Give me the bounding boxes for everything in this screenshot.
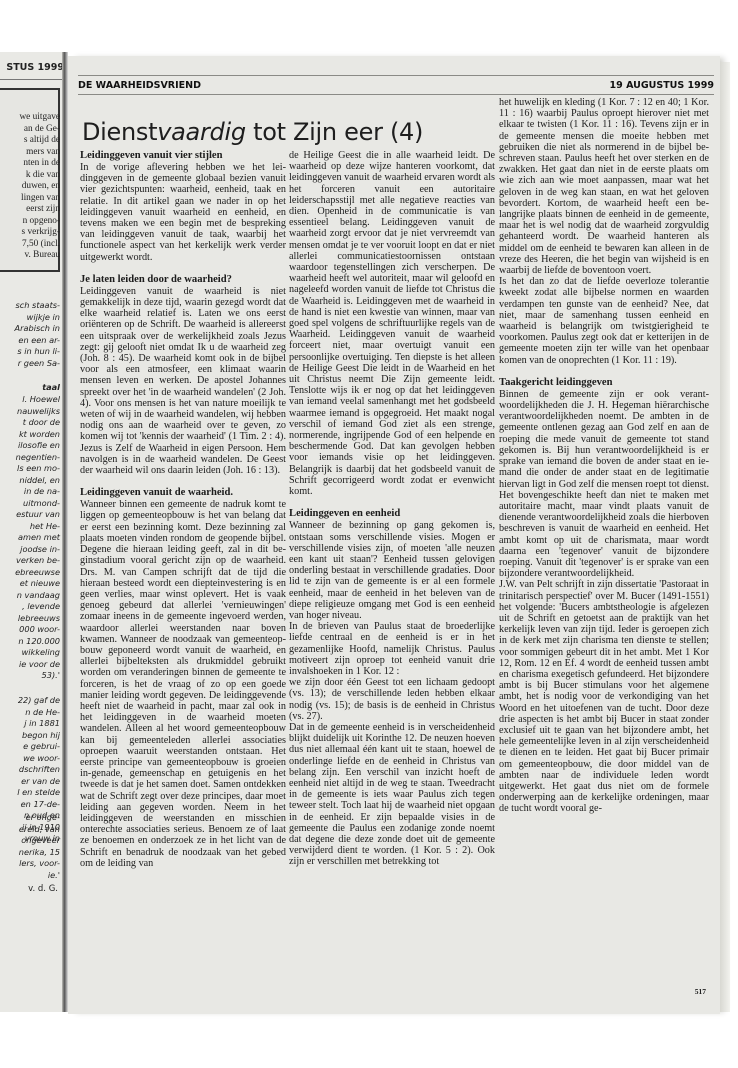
box-text-line: we uitgave <box>0 112 60 124</box>
italic-text-line: n vandaag <box>0 590 60 602</box>
italic-text-line: ilosofie en <box>0 440 60 452</box>
paragraph: Binnen de gemeente zijn er ook verant­wo… <box>499 389 709 579</box>
paragraph: Wanneer de bezinning op gang gekomen is,… <box>289 520 495 621</box>
italic-text-line: dschriften <box>0 764 60 776</box>
italic-text-line: 000 woor- <box>0 624 60 636</box>
italic-text-line: joodse in- <box>0 544 60 556</box>
signature: v. d. G. <box>28 884 58 894</box>
italic-text-line: we woor- <box>0 753 60 765</box>
italic-text-line: ereld, van <box>0 824 60 836</box>
article-column-1: Leidinggeven vanuit vier stijlenIn de vo… <box>80 150 286 869</box>
italic-text-line: sch staats- <box>0 300 60 312</box>
italic-text-line: in de na- <box>0 486 60 498</box>
italic-text-line: et nieuwe <box>0 578 60 590</box>
page-edge <box>720 62 730 1012</box>
left-italic-text-1: sch staats-wijkje inArabisch inen een ar… <box>0 300 60 369</box>
paragraph-gap <box>80 263 286 274</box>
italic-text-line: ongeveer <box>0 835 60 847</box>
italic-text-line: Arabisch in <box>0 323 60 335</box>
paragraph: In de vorige aflevering hebben we het le… <box>80 162 286 263</box>
box-text-line: k die van <box>0 170 60 182</box>
box-text-line: 7,50 (incl. <box>0 239 60 251</box>
left-page-fragment: STUS 1999 we uitgavean de Ge-s altijd de… <box>0 52 64 1012</box>
paragraph: Dat in de gemeente eenheid is in versche… <box>289 722 495 868</box>
italic-text-line: ie.' <box>0 870 60 882</box>
italic-text-line: begon hij <box>0 730 60 742</box>
italic-text-line: n de He- <box>0 707 60 719</box>
left-page-running-header: STUS 1999 <box>0 62 64 73</box>
paragraph: het huwelijk en kleding (1 Kor. 7 : 12 e… <box>499 97 709 276</box>
box-text-line: duwen, en <box>0 181 60 193</box>
paragraph: J.W. van Pelt schrijft in zijn dissertat… <box>499 579 709 814</box>
italic-text-line: estuur van <box>0 509 60 521</box>
box-text-line: eerst zijn <box>0 204 60 216</box>
italic-text-line: e gebrui- <box>0 741 60 753</box>
italic-text-line: nauwelijks <box>0 406 60 418</box>
italic-text-line: er van de <box>0 776 60 788</box>
left-italic-text-4: er onge-ereld, vanongeveernerika, 15lers… <box>0 812 60 881</box>
box-text-line: an de Ge- <box>0 124 60 136</box>
section-heading: Taakgericht leidinggeven <box>499 377 709 389</box>
publication-name: DE WAARHEIDSVRIEND <box>78 80 201 91</box>
paragraph-gap <box>289 497 495 508</box>
italic-text-line: t door de <box>0 417 60 429</box>
italic-text-line: ie voor de <box>0 659 60 671</box>
italic-text-line: ebreeuwse <box>0 567 60 579</box>
italic-text-line: r geen Sa- <box>0 358 60 370</box>
italic-text-line: 22) gaf de <box>0 695 60 707</box>
left-italic-heading: taal <box>0 382 60 394</box>
box-text-line: mers van <box>0 147 60 159</box>
paragraph: Is het dan zo dat de liefde oeverloze to… <box>499 276 709 366</box>
paragraph: Wanneer binnen een gemeente de nadruk ko… <box>80 499 286 869</box>
italic-text-line: negentien- <box>0 452 60 464</box>
italic-text-line: en een ar- <box>0 335 60 347</box>
issue-date: 19 AUGUSTUS 1999 <box>610 80 714 91</box>
italic-text-line: s in hun li- <box>0 346 60 358</box>
italic-text-line: uitmond- <box>0 498 60 510</box>
italic-text-line: nerika, 15 <box>0 847 60 859</box>
paragraph: Leidinggeven vanuit de waarheid is niet … <box>80 286 286 476</box>
magazine-page: DE WAARHEIDSVRIEND 19 AUGUSTUS 1999 Dien… <box>68 56 720 1014</box>
box-text-line: v. Bureau <box>0 250 60 262</box>
left-italic-text-2: l. Hoewelnauwelijkst door dekt wordenilo… <box>0 394 60 682</box>
italic-text-line: amen met <box>0 532 60 544</box>
paragraph-gap <box>499 366 709 377</box>
section-heading: Leidinggeven en eenheid <box>289 508 495 520</box>
italic-text-line: ls een mo- <box>0 463 60 475</box>
section-heading: Je laten leiden door de waarheid? <box>80 274 286 286</box>
italic-text-line: , levende <box>0 601 60 613</box>
paragraph: we zijn door één Geest tot een lichaam g… <box>289 677 495 722</box>
paragraph-gap <box>80 476 286 487</box>
article-column-3: het huwelijk en kleding (1 Kor. 7 : 12 e… <box>499 97 709 815</box>
article-column-2: de Heilige Geest die in alle waarheid le… <box>289 150 495 868</box>
header-rule <box>0 79 64 80</box>
left-info-box-text: we uitgavean de Ge-s altijd demers vannt… <box>0 112 60 262</box>
italic-text-line: lebreeuws <box>0 613 60 625</box>
section-heading: Leidinggeven vanuit vier stijlen <box>80 150 286 162</box>
italic-text-line: wijkje in <box>0 312 60 324</box>
running-header: DE WAARHEIDSVRIEND 19 AUGUSTUS 1999 <box>78 75 714 95</box>
italic-text-line: 53).' <box>0 670 60 682</box>
box-text-line: lingen van <box>0 193 60 205</box>
section-heading: Leidinggeven vanuit de waarheid. <box>80 487 286 499</box>
page-number: 517 <box>695 987 706 996</box>
italic-text-line: en 17-de- <box>0 799 60 811</box>
italic-text-line: n 120.000 <box>0 636 60 648</box>
box-text-line: s altijd de <box>0 135 60 147</box>
box-text-line: nten in de <box>0 158 60 170</box>
italic-text-line: kt worden <box>0 429 60 441</box>
paragraph: de Heilige Geest die in alle waarheid le… <box>289 150 495 497</box>
italic-text-line: j in 1881 <box>0 718 60 730</box>
article-title: Dienstvaardig tot Zijn eer (4) <box>82 118 423 146</box>
italic-text-line: verken be- <box>0 555 60 567</box>
italic-text-line: l. Hoewel <box>0 394 60 406</box>
paragraph: In de brieven van Paulus staat de broede… <box>289 621 495 677</box>
italic-text-line: l en stelde <box>0 787 60 799</box>
box-text-line: n opgeno- <box>0 216 60 228</box>
box-text-line: s verkrijg- <box>0 227 60 239</box>
italic-text-line: niddel, en <box>0 475 60 487</box>
italic-text-line: wikkeling <box>0 647 60 659</box>
italic-text-line: er onge- <box>0 812 60 824</box>
italic-text-line: lers, voor- <box>0 858 60 870</box>
italic-text-line: het He- <box>0 521 60 533</box>
